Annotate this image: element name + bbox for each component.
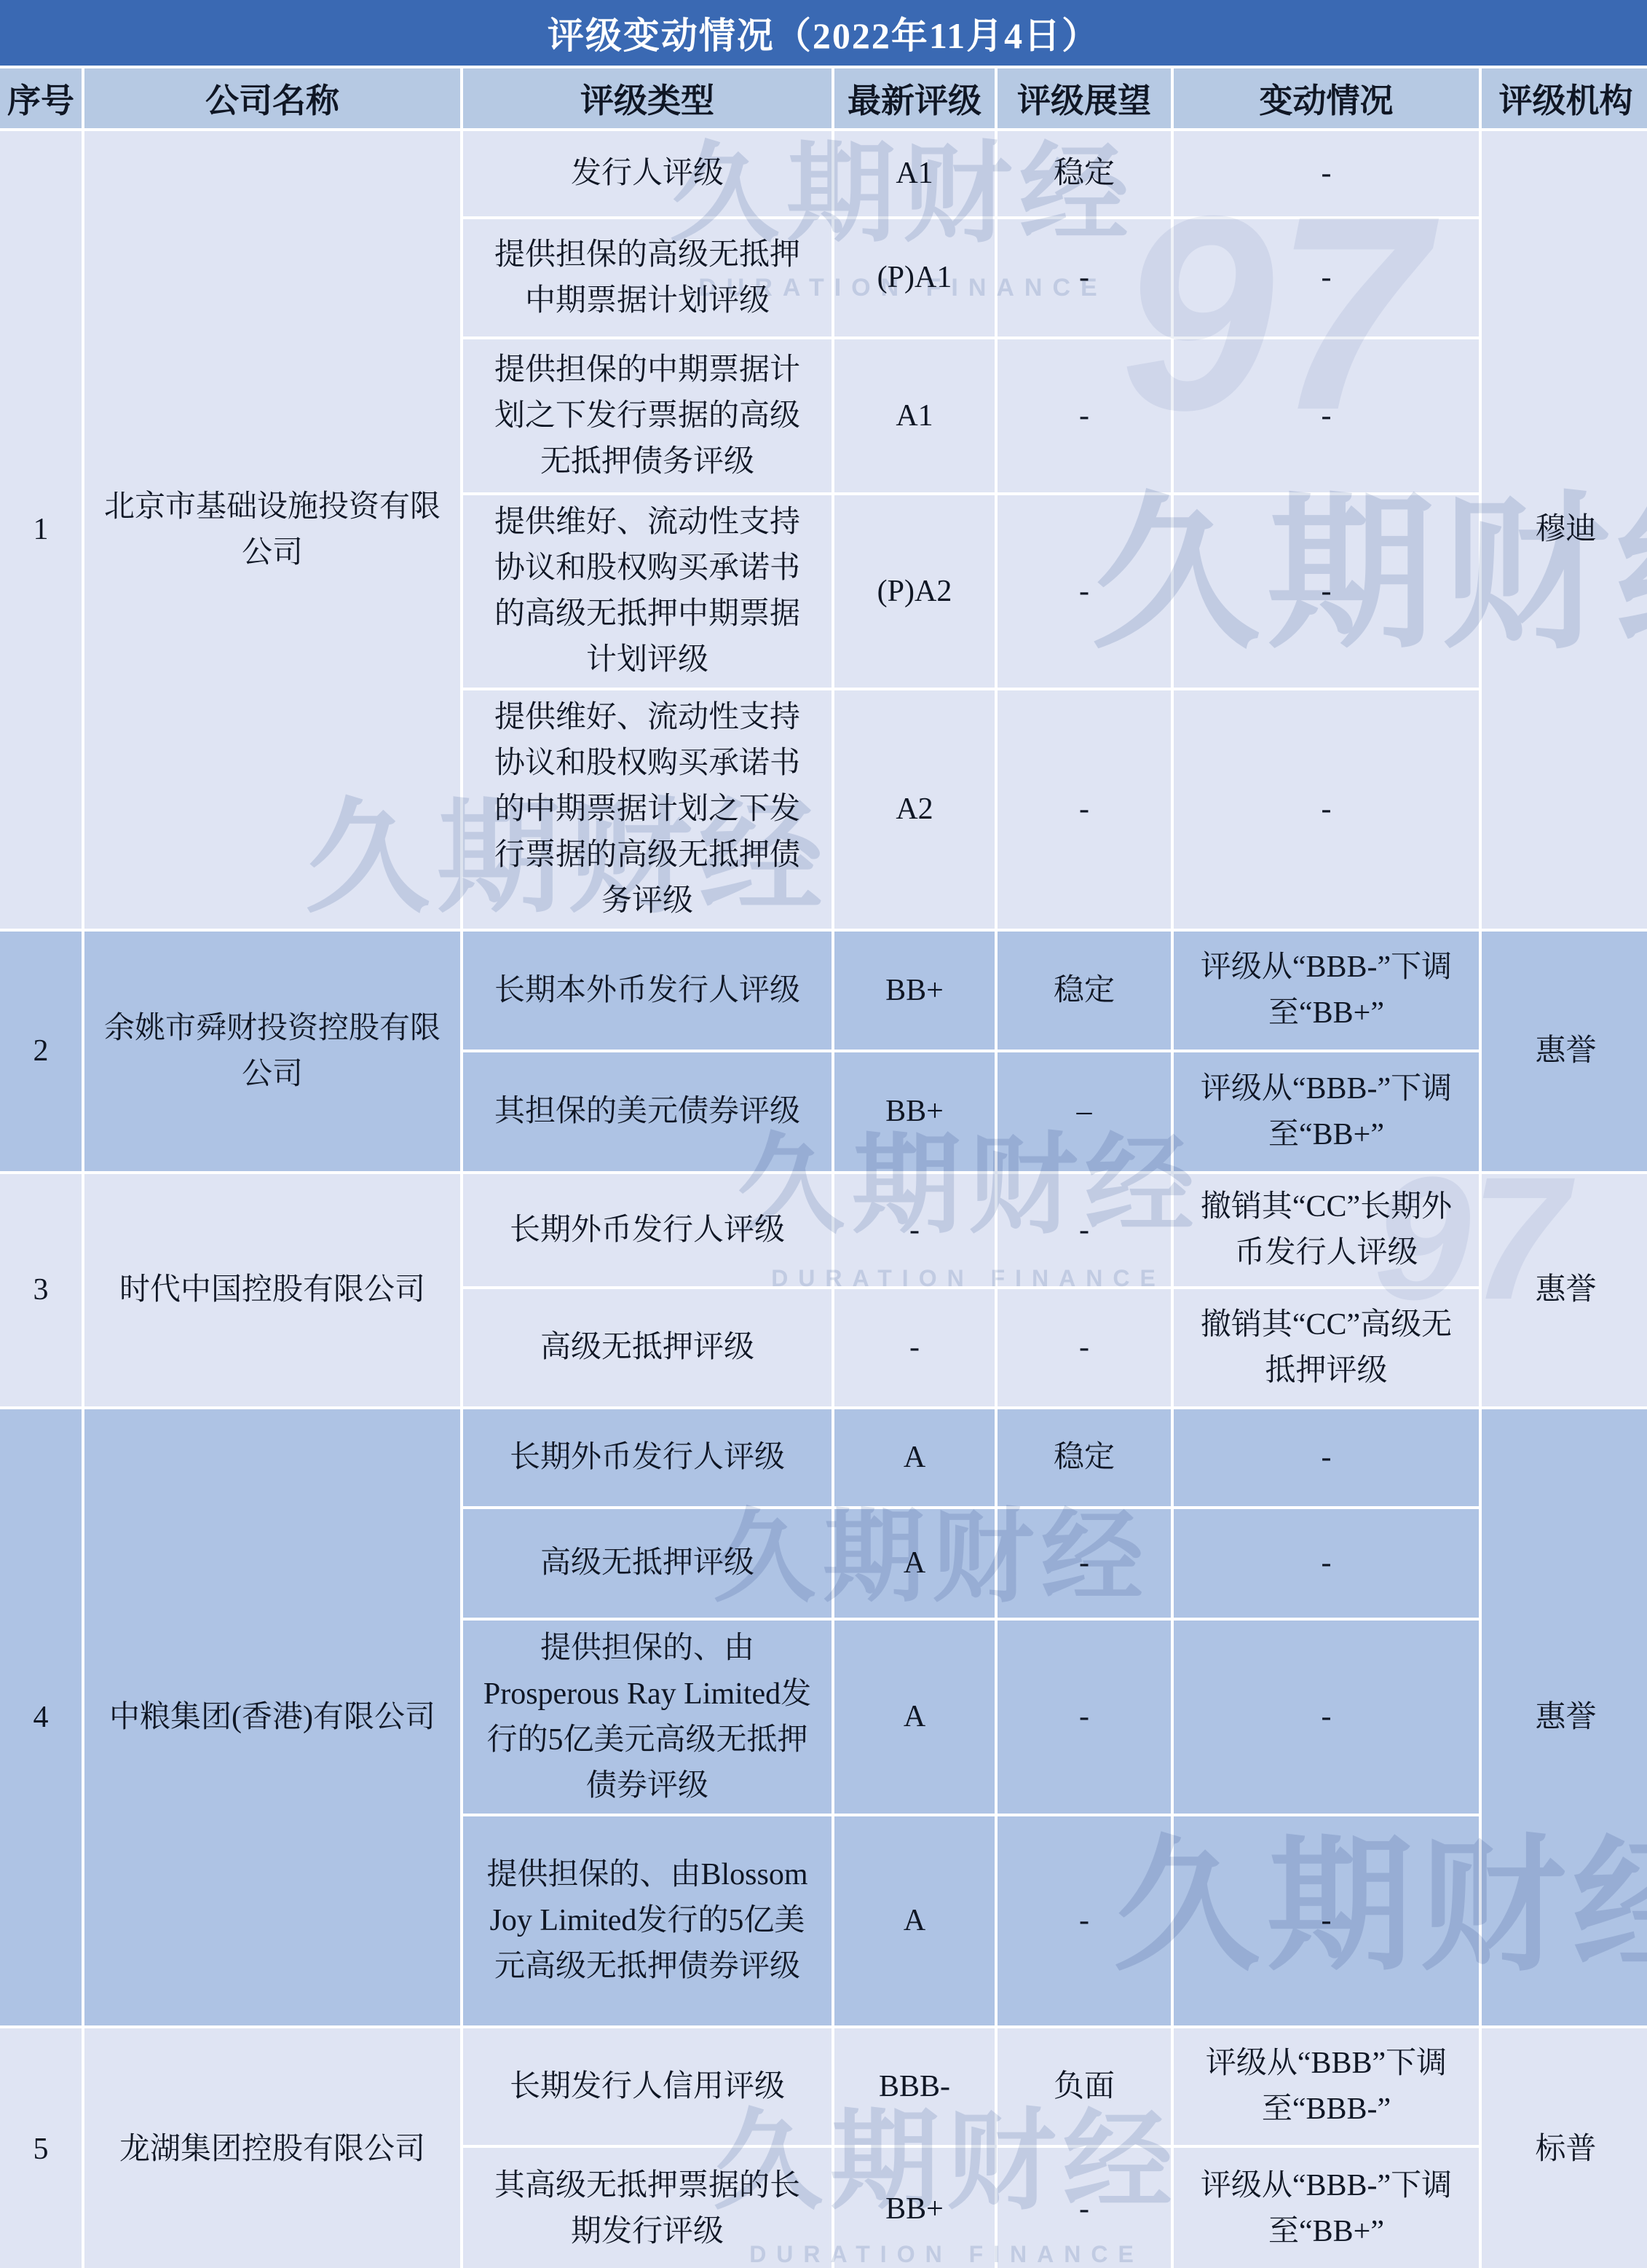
ratings-page: 评级变动情况（2022年11月4日） 序号 公司名称 评级类型 最新评级 评级展… (0, 0, 1647, 2268)
seq-cell: 4 (0, 1408, 83, 2027)
outlook-cell: 稳定 (996, 1408, 1172, 1508)
company-cell: 北京市基础设施投资有限公司 (83, 130, 462, 930)
rating-type-cell: 长期发行人信用评级 (462, 2027, 833, 2146)
col-header-type: 评级类型 (462, 67, 833, 130)
latest-rating-cell: BB+ (833, 2146, 996, 2268)
outlook-cell: - (996, 2146, 1172, 2268)
seq-cell: 1 (0, 130, 83, 930)
latest-rating-cell: A (833, 1408, 996, 1508)
ratings-table: 序号 公司名称 评级类型 最新评级 评级展望 变动情况 评级机构 1北京市基础设… (0, 66, 1647, 2268)
agency-cell: 惠誉 (1480, 1173, 1647, 1408)
col-header-outlook: 评级展望 (996, 67, 1172, 130)
seq-cell: 3 (0, 1173, 83, 1408)
company-cell: 时代中国控股有限公司 (83, 1173, 462, 1408)
change-cell: 评级从“BBB-”下调至“BB+” (1172, 930, 1480, 1051)
outlook-cell: - (996, 1619, 1172, 1815)
rating-type-cell: 长期外币发行人评级 (462, 1173, 833, 1288)
seq-cell: 5 (0, 2027, 83, 2268)
outlook-cell: – (996, 1051, 1172, 1173)
outlook-cell: - (996, 1508, 1172, 1619)
company-cell: 龙湖集团控股有限公司 (83, 2027, 462, 2268)
latest-rating-cell: BBB- (833, 2027, 996, 2146)
change-cell: 撤销其“CC”长期外币发行人评级 (1172, 1173, 1480, 1288)
change-cell: - (1172, 338, 1480, 494)
agency-cell: 穆迪 (1480, 130, 1647, 930)
col-header-rating: 最新评级 (833, 67, 996, 130)
rating-type-cell: 高级无抵押评级 (462, 1508, 833, 1619)
change-cell: - (1172, 130, 1480, 218)
change-cell: 评级从“BBB-”下调至“BB+” (1172, 2146, 1480, 2268)
change-cell: - (1172, 1408, 1480, 1508)
outlook-cell: 稳定 (996, 930, 1172, 1051)
outlook-cell: 负面 (996, 2027, 1172, 2146)
rating-type-cell: 高级无抵押评级 (462, 1288, 833, 1408)
outlook-cell: - (996, 1815, 1172, 2027)
rating-type-cell: 发行人评级 (462, 130, 833, 218)
table-row: 3时代中国控股有限公司长期外币发行人评级--撤销其“CC”长期外币发行人评级惠誉 (0, 1173, 1647, 1288)
change-cell: 评级从“BBB”下调至“BBB-” (1172, 2027, 1480, 2146)
change-cell: - (1172, 1815, 1480, 2027)
change-cell: 评级从“BBB-”下调至“BB+” (1172, 1051, 1480, 1173)
rating-type-cell: 长期本外币发行人评级 (462, 930, 833, 1051)
table-row: 2余姚市舜财投资控股有限公司长期本外币发行人评级BB+稳定评级从“BBB-”下调… (0, 930, 1647, 1051)
latest-rating-cell: A1 (833, 338, 996, 494)
latest-rating-cell: - (833, 1173, 996, 1288)
table-row: 4中粮集团(香港)有限公司长期外币发行人评级A稳定-惠誉 (0, 1408, 1647, 1508)
table-row: 5龙湖集团控股有限公司长期发行人信用评级BBB-负面评级从“BBB”下调至“BB… (0, 2027, 1647, 2146)
outlook-cell: - (996, 1173, 1172, 1288)
change-cell: - (1172, 689, 1480, 930)
company-cell: 余姚市舜财投资控股有限公司 (83, 930, 462, 1173)
change-cell: - (1172, 218, 1480, 338)
rating-type-cell: 提供担保的高级无抵押中期票据计划评级 (462, 218, 833, 338)
latest-rating-cell: A (833, 1508, 996, 1619)
rating-type-cell: 其高级无抵押票据的长期发行评级 (462, 2146, 833, 2268)
company-cell: 中粮集团(香港)有限公司 (83, 1408, 462, 2027)
header-row: 序号 公司名称 评级类型 最新评级 评级展望 变动情况 评级机构 (0, 67, 1647, 130)
change-cell: - (1172, 1508, 1480, 1619)
rating-type-cell: 其担保的美元债券评级 (462, 1051, 833, 1173)
outlook-cell: - (996, 494, 1172, 689)
col-header-seq: 序号 (0, 67, 83, 130)
rating-type-cell: 提供担保的中期票据计划之下发行票据的高级无抵押债务评级 (462, 338, 833, 494)
outlook-cell: - (996, 218, 1172, 338)
change-cell: 撤销其“CC”高级无抵押评级 (1172, 1288, 1480, 1408)
rating-type-cell: 提供担保的、由Blossom Joy Limited发行的5亿美元高级无抵押债券… (462, 1815, 833, 2027)
latest-rating-cell: BB+ (833, 1051, 996, 1173)
rating-type-cell: 提供维好、流动性支持协议和股权购买承诺书的高级无抵押中期票据计划评级 (462, 494, 833, 689)
latest-rating-cell: A1 (833, 130, 996, 218)
latest-rating-cell: A (833, 1619, 996, 1815)
col-header-company: 公司名称 (83, 67, 462, 130)
latest-rating-cell: (P)A2 (833, 494, 996, 689)
change-cell: - (1172, 494, 1480, 689)
latest-rating-cell: A (833, 1815, 996, 2027)
seq-cell: 2 (0, 930, 83, 1173)
ratings-table-wrap: 序号 公司名称 评级类型 最新评级 评级展望 变动情况 评级机构 1北京市基础设… (0, 66, 1647, 2268)
outlook-cell: - (996, 1288, 1172, 1408)
latest-rating-cell: A2 (833, 689, 996, 930)
col-header-change: 变动情况 (1172, 67, 1480, 130)
rating-type-cell: 提供担保的、由Prosperous Ray Limited发行的5亿美元高级无抵… (462, 1619, 833, 1815)
change-cell: - (1172, 1619, 1480, 1815)
latest-rating-cell: BB+ (833, 930, 996, 1051)
agency-cell: 惠誉 (1480, 930, 1647, 1173)
outlook-cell: 稳定 (996, 130, 1172, 218)
outlook-cell: - (996, 338, 1172, 494)
outlook-cell: - (996, 689, 1172, 930)
col-header-agency: 评级机构 (1480, 67, 1647, 130)
table-row: 1北京市基础设施投资有限公司发行人评级A1稳定-穆迪 (0, 130, 1647, 218)
agency-cell: 标普 (1480, 2027, 1647, 2268)
latest-rating-cell: - (833, 1288, 996, 1408)
latest-rating-cell: (P)A1 (833, 218, 996, 338)
rating-type-cell: 长期外币发行人评级 (462, 1408, 833, 1508)
page-title: 评级变动情况（2022年11月4日） (0, 0, 1647, 66)
agency-cell: 惠誉 (1480, 1408, 1647, 2027)
rating-type-cell: 提供维好、流动性支持协议和股权购买承诺书的中期票据计划之下发行票据的高级无抵押债… (462, 689, 833, 930)
